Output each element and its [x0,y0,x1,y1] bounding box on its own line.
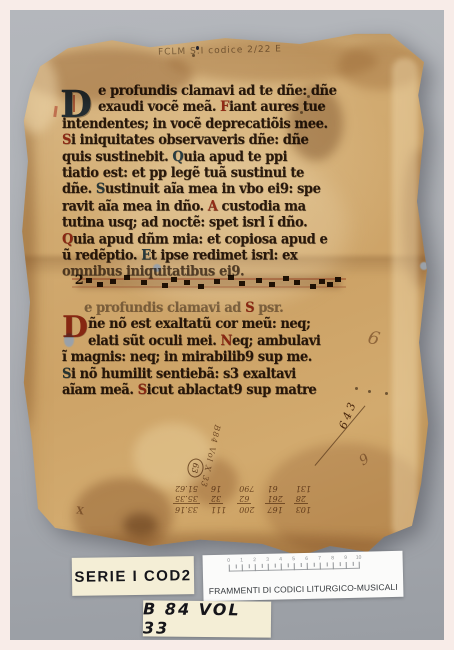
manuscript-text-segment: dñe. [62,182,96,198]
square-neume [239,281,245,286]
shelfmark-label: B 84 VOL 33 [143,600,271,637]
music-notation-line: 2 [72,270,346,298]
ruler-tick [255,564,256,571]
ink-speck [385,392,388,395]
manuscript-text-segment: N [220,333,231,349]
arithmetic-column: 20062790 [237,483,256,514]
manuscript-line: e profundis clamavi ad te dñe: dñe [62,83,348,99]
x-mark-annotation: X [75,505,85,517]
manuscript-text-segment: S [96,182,105,198]
arithmetic-number: 35.35 [173,493,200,504]
manuscript-line: ĩ magnis: neq; in mirabilib9 sup me. [62,349,352,365]
manuscript-text-segment: eq; ambulavi [232,333,320,349]
manuscript-text-segment: intendentes; in vocẽ deprecatiõis mee. [62,116,328,132]
manuscript-text-segment: custodia ma [217,198,305,214]
square-neume [110,279,116,284]
ruler-tick [359,562,360,569]
square-neume [319,279,325,284]
manuscript-text-segment: ñe nõ est exaltatũ cor meũ: neq; [88,316,310,332]
ink-speck [307,95,310,98]
square-neume [327,282,333,287]
ink-speck [300,111,303,114]
arithmetic-number: 51.62 [173,483,200,493]
manuscript-text-segment: F [220,99,229,115]
arithmetic-number: 16 [209,483,223,493]
ink-speck [192,54,195,57]
manuscript-line: ũ redẽptio. Et ipse redimet isrl: ex [62,248,348,264]
photograph: FCLM S.I codice 2/22 E D e profundis cla… [10,10,444,640]
square-neume [214,279,220,284]
ruler-tick [300,563,301,567]
manuscript-text-segment: S [245,300,254,316]
manuscript-text-segment: ustinuit aĩa mea in vbo ei9: spe [105,182,321,198]
manuscript-text-segment: ũ redẽptio. [62,248,141,264]
ruler-tick [294,563,295,570]
square-neume [228,275,234,280]
manuscript-text-segment: e profundis clamavi ad [84,300,245,316]
manuscript-text-segment: aĩam meã. [62,382,138,398]
manuscript-text-segment: e profundis clamavi ad te dñe: dñe [98,83,336,99]
manuscript-line: Si nõ humilit sentiebã: s3 exaltavi [62,366,352,382]
manuscript-text-segment: exaudi vocẽ meã. [98,99,220,115]
manuscript-text-segment: tiatio est: et pp legẽ tuã sustinui te [62,165,304,181]
ruler-tick [235,565,236,569]
square-neume [97,282,103,287]
manuscript-text-segment: elati sũt oculi mei. [88,333,220,349]
square-neume [141,280,147,285]
arithmetic-number: 28 [294,493,308,504]
arithmetic-column: 16726161 [265,483,284,514]
manuscript-text-segment: i nõ humilit sentiebã: s3 exaltavi [71,366,296,382]
collection-label: 012345678910 FRAMMENTI DI CODICI LITURGI… [203,551,404,602]
ruler-number: 4 [279,556,282,562]
manuscript-line: tutina usq; ad noctẽ: spet isrl ĩ dño. [62,215,348,231]
arithmetic-number: 103 [294,504,313,514]
ruler-tick [242,564,243,571]
ruler-tick [346,562,347,569]
ruler-number: 1 [240,557,243,563]
arithmetic-number: 62 [237,493,251,504]
scale-ruler: 012345678910 [229,555,359,573]
square-neume [335,277,341,282]
red-penwork-mark [53,106,58,117]
square-neume [294,280,300,285]
ruler-number: 8 [331,555,334,561]
archivist-pencil-note: FCLM S.I codice 2/22 E [158,44,282,57]
ruler-number: 9 [344,555,347,561]
arithmetic-number: 167 [265,504,284,514]
manuscript-text-segment: S [62,366,71,382]
square-neume [283,276,289,281]
square-neume [269,282,275,287]
manuscript-line: aĩam meã. Sicut ablactat9 sup matre [62,382,352,398]
manuscript-text-segment: ĩ magnis: neq; in mirabilib9 sup me. [62,349,312,365]
ruler-tick [281,563,282,570]
ruler-tick [326,562,327,566]
manuscript-line: Quia apud dñm mia: et copiosa apud e [62,231,348,247]
manuscript-line: exaudi vocẽ meã. Fiant aures tue [62,99,348,115]
square-neume [162,283,168,288]
arithmetic-number: 32 [209,493,223,504]
ruler-number: 0 [227,558,230,564]
ruler-tick [313,563,314,567]
manuscript-text-segment: A [208,198,218,214]
manuscript-line: elati sũt oculi mei. Neq; ambulavi [62,333,352,349]
arithmetic-number: 111 [209,504,228,514]
ruler-tick [248,564,249,568]
manuscript-text-segment: i iniquitates observaveris dñe: dñe [71,132,308,148]
arithmetic-column: 10328131 [294,483,313,514]
square-neume [256,278,262,283]
manuscript-text-segment: uia apud dñm mia: et copiosa apud e [73,231,327,247]
psalm-text-block-2: e profundis clamavi ad S psr.ñe nõ est e… [62,300,352,399]
square-neume [198,284,204,289]
upside-down-arithmetic-notes: 103281311672616120062790111321633.1635.3… [168,402,318,514]
ink-speck [368,390,371,393]
margin-flourish: 9 [356,451,372,469]
ruler-tick [274,564,275,568]
manuscript-text-segment: S [138,382,147,398]
manuscript-line: quis sustinebit. Quia apud te ppi [62,149,348,165]
manuscript-text-segment: Q [62,231,73,247]
manuscript-text-segment: Q [172,149,183,165]
ink-speck [196,46,199,50]
ruler-number: 5 [292,556,295,562]
series-label: SERIE I COD2 [72,556,195,596]
ruler-tick [352,562,353,566]
manuscript-text-segment: ravit aĩa mea in dño. [62,198,208,214]
arithmetic-number: 790 [237,483,256,493]
arithmetic-number: 131 [294,483,313,493]
square-neume [86,278,92,283]
psalm-text-block-1: e profundis clamavi ad te dñe: dñeexaudi… [62,83,348,281]
manuscript-line: Si iniquitates observaveris dñe: dñe [62,132,348,148]
ink-speck [319,107,322,110]
ruler-tick [287,563,288,567]
manuscript-text-segment: S [62,132,71,148]
manuscript-text-segment: psr. [254,300,283,316]
ruler-tick [320,563,321,570]
arithmetic-number: 33.16 [173,504,200,514]
square-neume [310,284,316,289]
manuscript-text-segment: t ipse redimet isrl: ex [151,248,298,264]
manuscript-text-segment: icut ablactat9 sup matre [147,382,317,398]
manuscript-text-segment: uia apud te ppi [183,149,287,165]
ruler-tick [229,565,230,572]
arithmetic-number: 261 [265,493,284,504]
square-neume [124,275,130,280]
ink-speck [355,387,358,390]
arithmetic-column: 1113216 [209,483,228,514]
manuscript-line: tiatio est: et pp legẽ tuã sustinui te [62,165,348,181]
collection-label-text: FRAMMENTI DI CODICI LITURGICO-MUSICALI [203,582,403,597]
ruler-tick [268,564,269,571]
ruler-tick [339,562,340,566]
ruler-tick [261,564,262,568]
ruler-number: 10 [356,555,362,561]
staff-line [72,286,346,288]
photo-frame: FCLM S.I codice 2/22 E D e profundis cla… [0,0,454,650]
manuscript-line: e profundis clamavi ad S psr. [62,300,352,316]
ruler-tick [333,562,334,569]
ruler-tick [307,563,308,570]
manuscript-content-layer: FCLM S.I codice 2/22 E D e profundis cla… [10,10,444,640]
arithmetic-column: 33.1635.3551.62 [173,483,200,514]
square-neume [171,277,177,282]
clef-mark: 2 [75,273,84,288]
manuscript-text-segment: tutina usq; ad noctẽ: spet isrl ĩ dño. [62,215,307,231]
square-neume [184,280,190,285]
manuscript-line: dñe. Sustinuit aĩa mea in vbo ei9: spe [62,182,348,198]
ruler-number: 7 [318,556,321,562]
manuscript-line: ñe nõ est exaltatũ cor meũ: neq; [62,316,352,332]
arithmetic-number: 200 [237,504,256,514]
manuscript-line: ravit aĩa mea in dño. A custodia ma [62,198,348,214]
arithmetic-number: 61 [265,483,279,493]
ruler-number: 2 [253,557,256,563]
manuscript-line: intendentes; in vocẽ deprecatiõis mee. [62,116,348,132]
ruler-number: 6 [305,556,308,562]
manuscript-text-segment: E [141,248,151,264]
ruler-number: 3 [266,557,269,563]
manuscript-text-segment: iant aures tue [229,99,325,115]
manuscript-text-segment: quis sustinebit. [62,149,172,165]
margin-flourish: 6 [366,327,382,350]
